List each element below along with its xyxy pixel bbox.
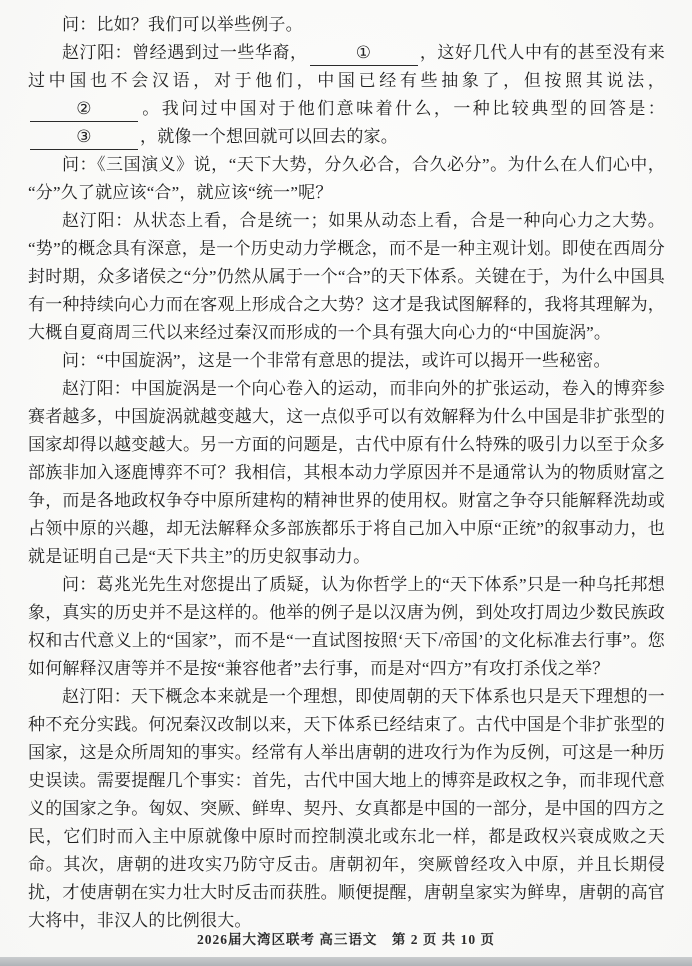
fill-in-blank-2: ② — [30, 99, 138, 122]
circled-number-2: ② — [76, 99, 91, 118]
exam-page: 问：比如？我们可以举些例子。 赵汀阳：曾经遇到过一些华裔，①，这好几代人中有的甚… — [0, 0, 692, 966]
circled-number-3: ③ — [76, 127, 91, 146]
answer-1-text-1: 赵汀阳：曾经遇到过一些华裔， — [62, 43, 308, 62]
page-footer: 2026届大湾区联考 高三语文 第 2 页 共 10 页 — [0, 928, 692, 948]
circled-number-1: ① — [356, 43, 371, 62]
question-paragraph-3: 问：“中国旋涡”，这是一个非常有意思的提法，或许可以揭开一些秘密。 — [28, 347, 665, 375]
question-paragraph-4: 问：葛兆光先生对您提出了质疑，认为你哲学上的“天下体系”只是一种乌托邦想象，真实… — [28, 571, 665, 683]
answer-paragraph-2: 赵汀阳：从状态上看，合是统一；如果从动态上看，合是一种向心力之大势。“势”的概念… — [28, 207, 665, 347]
answer-1-text-4: ，就像一个想回就可以回去的家。 — [140, 127, 398, 146]
dialogue-text: 问：比如？我们可以举些例子。 赵汀阳：曾经遇到过一些华裔，①，这好几代人中有的甚… — [28, 11, 665, 935]
answer-paragraph-1: 赵汀阳：曾经遇到过一些华裔，①，这好几代人中有的甚至没有来过中国也不会汉语，对于… — [28, 39, 665, 151]
answer-1-text-3: 。我问过中国对于他们意味着什么，一种比较典型的回答是： — [140, 99, 665, 118]
question-paragraph-2: 问：《三国演义》说，“天下大势，分久必合，合久必分”。为什么在人们心中，“分”久… — [28, 151, 665, 207]
fill-in-blank-1: ① — [310, 43, 418, 66]
fill-in-blank-3: ③ — [30, 127, 138, 150]
question-paragraph-1: 问：比如？我们可以举些例子。 — [28, 11, 665, 39]
answer-paragraph-4: 赵汀阳：天下概念本来就是一个理想，即使周朝的天下体系也只是天下理想的一种不充分实… — [28, 683, 665, 935]
answer-paragraph-3: 赵汀阳：中国旋涡是一个向心卷入的运动，而非向外的扩张运动，卷入的博弈参赛者越多，… — [28, 375, 665, 571]
scan-edge-strip — [0, 957, 692, 966]
